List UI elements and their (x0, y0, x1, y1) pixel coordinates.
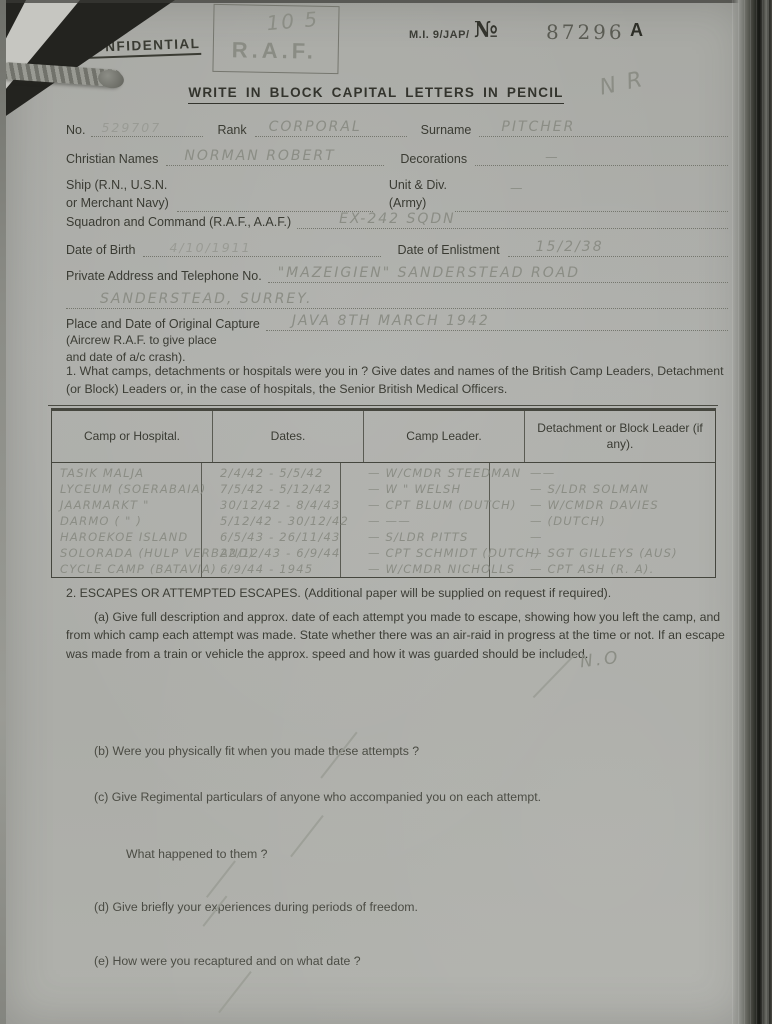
enlistment-label: Date of Enlistment (397, 243, 499, 257)
leader-handwritten: — CPT SCHMIDT (DUTCH) (368, 546, 541, 560)
enlistment-field: 15/2/38 (508, 240, 728, 257)
col-header-camp: Camp or Hospital. (52, 411, 213, 462)
capture-field: JAVA 8TH MARCH 1942 (266, 314, 728, 331)
numero-sign: № (474, 17, 498, 43)
decorations-field: — (475, 150, 728, 166)
detachment-handwritten: — S/LDR SOLMAN (530, 482, 649, 496)
case-suffix: A (630, 20, 643, 41)
camp-name-handwritten: TASIK MALJA (60, 466, 144, 480)
detachment-handwritten: — W/CMDR DAVIES (530, 498, 659, 512)
unit-div-label-line1: Unit & Div. (389, 176, 447, 194)
case-number: 87296 (546, 20, 625, 44)
question-2b-text: (b) Were you physically fit when you mad… (94, 742, 758, 760)
ship-label-line2: or Merchant Navy) (66, 194, 169, 212)
camp-name-handwritten: DARMO ( " ) (60, 514, 142, 528)
detachment-handwritten: — (530, 530, 543, 544)
dates-handwritten: 6/5/43 - 26/11/43 (220, 530, 341, 544)
form-title-text: WRITE IN BLOCK CAPITAL LETTERS IN PENCIL (188, 85, 563, 104)
leader-handwritten: — —— (368, 514, 411, 528)
camps-table-header: Camp or Hospital. Dates. Camp Leader. De… (52, 411, 715, 463)
mi9-reference-label: M.I. 9/JAP/ (409, 29, 470, 41)
date-of-birth-value-handwritten: 4/10/1911 (169, 240, 251, 255)
form-row-ship-unit: Ship (R.N., U.S.N. or Merchant Navy) Uni… (66, 176, 728, 212)
unit-div-field: — (455, 196, 728, 212)
question-2c-text: (c) Give Regimental particulars of anyon… (94, 788, 758, 806)
leader-handwritten: — CPT BLUM (DUTCH) (368, 498, 517, 512)
address-value-line2-handwritten: SANDERSTEAD, SURREY. (100, 291, 312, 307)
rank-field: CORPORAL (255, 120, 407, 137)
capture-note-line1: (Aircrew R.A.F. to give place (66, 332, 217, 349)
question-2d-text: (d) Give briefly your experiences during… (94, 898, 758, 916)
capture-note: (Aircrew R.A.F. to give place and date o… (66, 332, 217, 366)
leader-handwritten: — W/CMDR NICHOLLS (368, 562, 515, 576)
rank-label: Rank (217, 123, 246, 137)
form-row-address: Private Address and Telephone No. "MAZEI… (66, 266, 728, 283)
form-row-no-rank-surname: No. 529707 Rank CORPORAL Surname PITCHER (66, 120, 728, 137)
dates-handwritten: 7/5/42 - 5/12/42 (220, 482, 332, 496)
dates-handwritten: 5/12/42 - 30/12/42 (220, 514, 349, 528)
table-top-rule (48, 405, 718, 406)
paper-sheet: CO CONFIDENTIAL 10 5 R.A.F. M.I. 9/JAP/ … (6, 0, 746, 1024)
unit-div-label-line2: (Army) (389, 194, 447, 212)
dates-handwritten: 22/12/43 - 6/9/44 (220, 546, 341, 560)
decorations-value-handwritten: — (545, 149, 560, 164)
form-row-capture: Place and Date of Original Capture JAVA … (66, 314, 728, 331)
enlistment-value-handwritten: 15/2/38 (536, 239, 604, 255)
ship-label: Ship (R.N., U.S.N. or Merchant Navy) (66, 176, 169, 212)
squadron-field: EX-242 SQDN (297, 212, 728, 229)
pencil-slash (218, 971, 251, 1013)
camps-table: Camp or Hospital. Dates. Camp Leader. De… (51, 408, 716, 578)
col-header-leader: Camp Leader. (364, 411, 525, 462)
decorations-label: Decorations (400, 152, 467, 166)
escape-answer-handwritten: N.O (579, 648, 622, 673)
dates-handwritten: 6/9/44 - 1945 (220, 562, 313, 576)
christian-names-label: Christian Names (66, 152, 158, 166)
christian-names-value-handwritten: NORMAN ROBERT (184, 148, 335, 164)
surname-label: Surname (421, 123, 472, 137)
pencil-slash (206, 860, 236, 897)
raf-receipt-stamp-box: 10 5 R.A.F. (212, 4, 339, 74)
book-page-edges (732, 0, 772, 1024)
raf-stamp-text: R.A.F. (232, 37, 318, 64)
form-row-address-2: SANDERSTEAD, SURREY. (66, 292, 728, 309)
form-row-dob-enlistment: Date of Birth 4/10/1911 Date of Enlistme… (66, 240, 728, 257)
address-label: Private Address and Telephone No. (66, 269, 262, 283)
question-2c2-text: What happened to them ? (126, 845, 772, 863)
dates-handwritten: 30/12/42 - 8/4/43 (220, 498, 341, 512)
camp-name-handwritten: LYCEUM (SOERABAIA) (60, 482, 206, 496)
form-row-names-decorations: Christian Names NORMAN ROBERT Decoration… (66, 149, 728, 166)
leader-handwritten: — S/LDR PITTS (368, 530, 469, 544)
christian-names-field: NORMAN ROBERT (166, 149, 384, 166)
question-1-text: 1. What camps, detachments or hospitals … (66, 362, 730, 399)
date-of-birth-label: Date of Birth (66, 243, 135, 257)
capture-label: Place and Date of Original Capture (66, 317, 260, 331)
leader-handwritten: — W " WELSH (368, 482, 461, 496)
unit-div-label: Unit & Div. (Army) (389, 176, 447, 212)
no-field: 529707 (91, 121, 203, 137)
rank-value-handwritten: CORPORAL (269, 119, 362, 135)
address-field: "MAZEIGIEN" SANDERSTEAD ROAD (268, 266, 728, 283)
no-label: No. (66, 123, 85, 137)
leader-handwritten: — W/CMDR STEEDMAN (368, 466, 521, 480)
stamp-pencil-number: 10 5 (266, 1, 392, 36)
dates-handwritten: 2/4/42 - 5/5/42 (220, 466, 324, 480)
camp-name-handwritten: JAARMARKT " (60, 498, 150, 512)
detachment-handwritten: — (DUTCH) (530, 514, 606, 528)
page-left-edge (0, 0, 6, 1024)
scan-top-edge (0, 0, 772, 3)
date-of-birth-field: 4/10/1911 (143, 241, 381, 257)
detachment-handwritten: — SGT GILLEYS (AUS) (530, 546, 678, 560)
camp-name-handwritten: HAROEKOE ISLAND (60, 530, 188, 544)
detachment-handwritten: —— (530, 466, 555, 480)
squadron-value-handwritten: EX-242 SQDN (339, 211, 456, 227)
question-2-heading: 2. ESCAPES OR ATTEMPTED ESCAPES. (Additi… (66, 584, 730, 602)
squadron-label: Squadron and Command (R.A.F., A.A.F.) (66, 215, 291, 229)
no-value-handwritten: 529707 (101, 120, 161, 135)
question-2a-text: (a) Give full description and approx. da… (66, 608, 730, 663)
camp-name-handwritten: CYCLE CAMP (BATAVIA) (60, 562, 217, 576)
address-value-line1-handwritten: "MAZEIGIEN" SANDERSTEAD ROAD (278, 265, 580, 281)
ship-field (177, 196, 373, 212)
detachment-handwritten: — CPT ASH (R. A). (530, 562, 654, 576)
ship-label-line1: Ship (R.N., U.S.N. (66, 176, 169, 194)
address-field-line2: SANDERSTEAD, SURREY. (66, 292, 728, 309)
scanned-document-page: CO CONFIDENTIAL 10 5 R.A.F. M.I. 9/JAP/ … (0, 0, 772, 1024)
camps-table-body: TASIK MALJA 2/4/42 - 5/5/42 — W/CMDR STE… (52, 463, 715, 577)
surname-value-handwritten: PITCHER (501, 119, 575, 135)
question-2e-text: (e) How were you recaptured and on what … (94, 952, 758, 970)
col-header-dates: Dates. (213, 411, 364, 462)
surname-field: PITCHER (479, 120, 728, 137)
unit-div-value-handwritten: — (510, 180, 525, 195)
capture-value-handwritten: JAVA 8TH MARCH 1942 (292, 313, 490, 329)
form-row-squadron: Squadron and Command (R.A.F., A.A.F.) EX… (66, 212, 728, 229)
col-header-detachment: Detachment or Block Leader (if any). (525, 411, 715, 462)
